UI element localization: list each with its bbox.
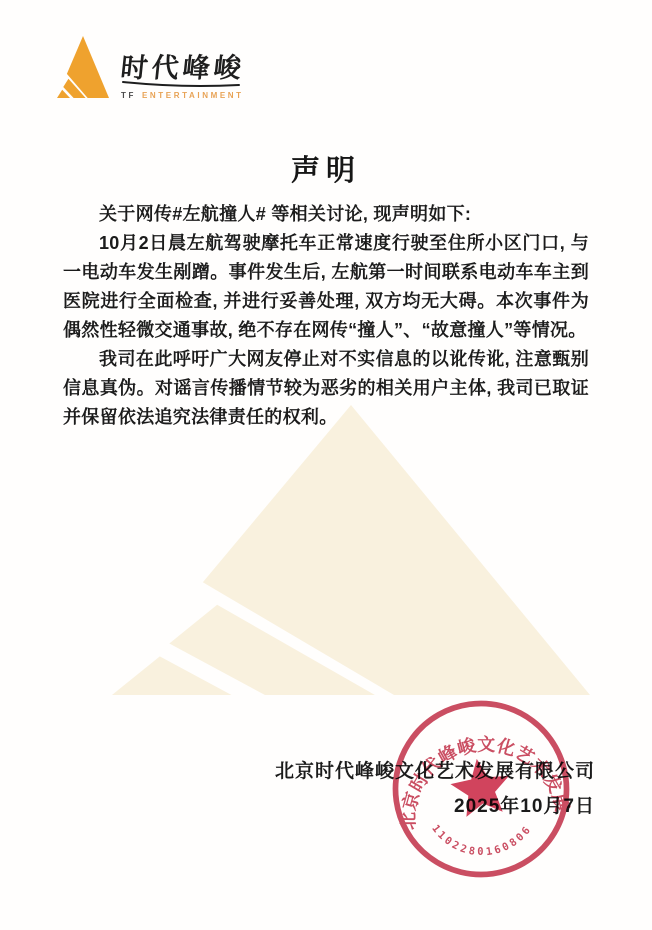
logo-triangle-icon [57,36,109,98]
statement-paragraph-2: 10月2日晨左航驾驶摩托车正常速度行驶至住所小区门口, 与一电动车发生剐蹭。事件… [63,229,589,345]
brand-name-cn: 时代峰峻 [119,46,247,85]
brand-en-tf: TF [121,91,136,100]
signature-block: 北京时代峰峻文化艺术发展有限公司 2025年10月7日 [275,756,595,818]
signature-company: 北京时代峰峻文化艺术发展有限公司 [275,756,595,783]
brand-name-en: TFENTERTAINMENT [121,91,245,100]
company-logo: 时代峰峻 TFENTERTAINMENT [57,36,245,100]
statement-title: 声明 [0,148,652,189]
statement-body: 关于网传#左航撞人# 等相关讨论, 现声明如下: 10月2日晨左航驾驶摩托车正常… [63,200,589,432]
statement-paragraph-1: 关于网传#左航撞人# 等相关讨论, 现声明如下: [63,200,589,229]
statement-page: 时代峰峻 TFENTERTAINMENT 声明 关于网传#左航撞人# 等相关讨论… [0,0,652,930]
brand-en-rest: ENTERTAINMENT [142,91,244,100]
statement-paragraph-3: 我司在此呼吁广大网友停止对不实信息的以讹传讹, 注意甄别信息真伪。对谣言传播情节… [63,345,589,432]
watermark-logo [112,405,590,695]
signature-date: 2025年10月7日 [275,791,595,818]
